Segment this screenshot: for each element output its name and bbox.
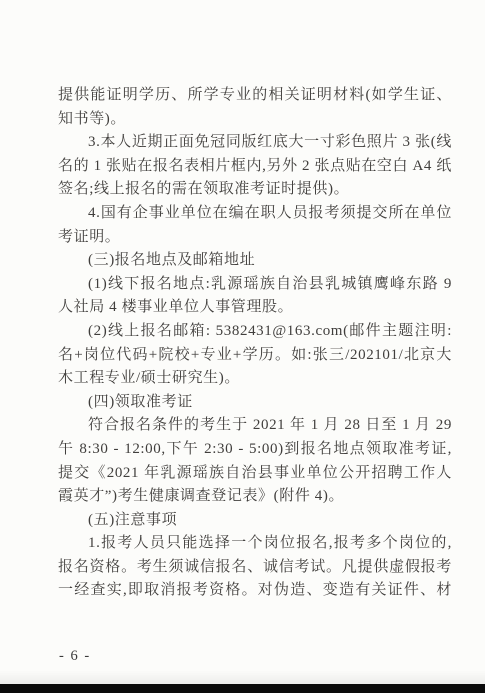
text-line: 签名;线上报名的需在领取准考证时提供)。 [58, 178, 452, 202]
text-line: 报名资格。考生须诚信报名、诚信考试。凡提供虚假报考材料的, [58, 556, 452, 580]
text-line: 名+岗位代码+院校+专业+学历。如:张三/202101/北京大学/土 [58, 344, 452, 368]
text-line: 一经查实,即取消报考资格。对伪造、变造有关证件、材料、信 [58, 579, 452, 603]
text-line: 符合报名条件的考生于 2021 年 1 月 28 日至 1 月 29 日(上 [58, 414, 452, 438]
document-page: 提供能证明学历、所学专业的相关证明材料(如学生证、录取通 知书等)。 3.本人近… [0, 0, 485, 693]
text-line: 1.报考人员只能选择一个岗位报名,报考多个岗位的,取消 [58, 532, 452, 556]
text-line: (1)线下报名地点:乳源瑶族自治县乳城镇鹰峰东路 9 号县 [58, 273, 452, 297]
text-line: 木工程专业/硕士研究生)。 [58, 367, 452, 391]
text-line: 知书等)。 [58, 108, 452, 132]
document-body: 提供能证明学历、所学专业的相关证明材料(如学生证、录取通 知书等)。 3.本人近… [58, 84, 452, 603]
text-line: (2)线上报名邮箱: 5382431@163.com(邮件主题注明:姓 [58, 320, 452, 344]
page-number: - 6 - [59, 648, 91, 665]
text-line: 考证明。 [58, 226, 452, 250]
scan-shadow [0, 670, 485, 684]
text-line: 4.国有企事业单位在编在职人员报考须提交所在单位同意报 [58, 202, 452, 226]
text-line: 人社局 4 楼事业单位人事管理股。 [58, 296, 452, 320]
text-line: 名的 1 张贴在报名表相片框内,另外 2 张点贴在空白 A4 纸上并 [58, 155, 452, 179]
text-line: 午 8:30 - 12:00,下午 2:30 - 5:00)到报名地点领取准考证… [58, 438, 452, 462]
text-line: 提供能证明学历、所学专业的相关证明材料(如学生证、录取通 [58, 84, 452, 108]
scan-bottom-edge [0, 684, 485, 693]
text-line: (四)领取准考证 [58, 391, 452, 415]
text-line: (五)注意事项 [58, 509, 452, 533]
text-line: 霞英才”)考生健康调查登记表》(附件 4)。 [58, 485, 452, 509]
text-line: 提交《2021 年乳源瑶族自治县事业单位公开招聘工作人员(“丹 [58, 462, 452, 486]
text-line: (三)报名地点及邮箱地址 [58, 249, 452, 273]
text-line: 3.本人近期正面免冠同版红底大一寸彩色照片 3 张(线下报 [58, 131, 452, 155]
